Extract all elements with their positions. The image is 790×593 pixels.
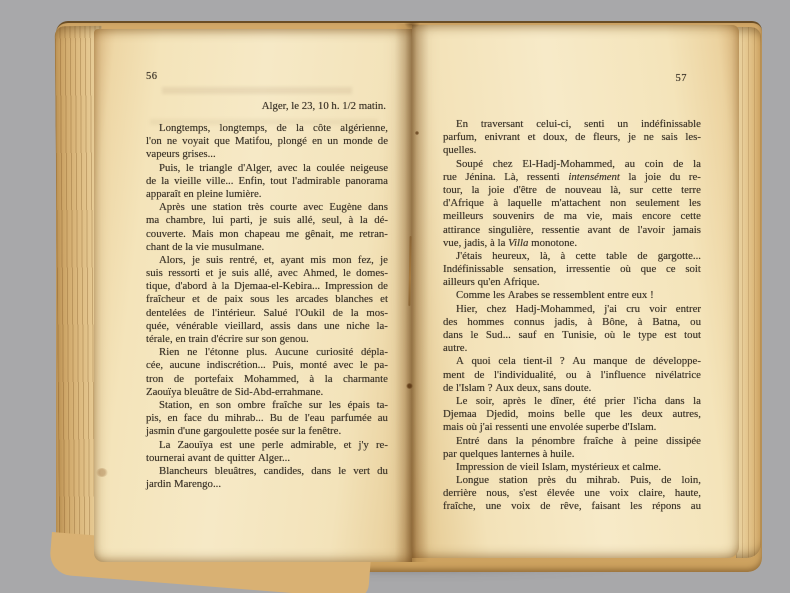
text-line: Alors,jesuisrentré,et,ayantmismonfez,je: [146, 254, 388, 267]
text-line: apparaîtenpleinelumière.: [146, 188, 388, 201]
right-text-column: 57 Entraversantcelui-ci,sentiunindéfinis…: [443, 72, 701, 514]
text-line: jasmind'unegargouletteposéesurlafenêtre.: [146, 425, 388, 438]
text-line: LaZaouïyaestuneperleadmirable,etj'yre-: [146, 439, 388, 452]
page-stack-right-edge: [736, 27, 761, 558]
text-line: chantdelaviemusulmane.: [146, 241, 388, 254]
text-line: Riennel'étonneplus.Aucunecuriositédépla-: [146, 346, 388, 359]
text-line: quelles.: [443, 144, 701, 157]
text-line: Puis,letriangled'Alger,aveclacouléeneige…: [146, 162, 388, 175]
text-line: maisoùj'airessentiuneenvoléesuperbed'Isl…: [443, 421, 701, 434]
text-line: ailleursqu'enAfrique.: [443, 276, 701, 289]
text-line: cée,aucuneindiscrétion...Puis,montéavecl…: [146, 359, 388, 372]
text-line: SoupéchezEl-Hadj-Mohammed,aucoindela: [443, 158, 701, 171]
text-line: vue,jadis,àlaVillamonotone.: [443, 237, 701, 250]
text-line: tique,d'abordàlaDjemaa-el-Kebira...Impre…: [146, 280, 388, 293]
photo-background: 56 Alger, le 23, 10 h. 1/2 matin. Longte…: [0, 0, 790, 593]
text-line: fraîche,unevoixderêve,faisantlesréponsau: [443, 500, 701, 513]
text-line: tourneraiavantdequitterAlger...: [146, 452, 388, 465]
text-line: l'onnevoyaitqueMatifou,plongéenunmondede: [146, 135, 388, 148]
text-line: meilleurssouvenirsdemavie,maisencorecett…: [443, 210, 701, 223]
text-line: J'étaisheureux,là,àcettetabledegargotte.…: [443, 250, 701, 263]
text-line: térale,entraind'écriresursongenou.: [146, 333, 388, 346]
text-line: tour,lajoied'êtredenouveaulà,surcetteter…: [443, 184, 701, 197]
left-text-column: 56 Alger, le 23, 10 h. 1/2 matin. Longte…: [146, 70, 388, 491]
foxing-spot: [96, 468, 108, 477]
text-line: del'Islam?Auxdeux,sansdoute.: [443, 382, 701, 395]
text-line: DjemaaDjedid,moinsbellequelesdeuxautres,: [443, 408, 701, 421]
text-line: delavieilleville...Enfin,toutl'admirable…: [146, 175, 388, 188]
text-line: Indéfinissablesensation,irressentieoùque…: [443, 263, 701, 276]
text-line: Station,ensonombrefraîchesurlesépaista-: [146, 399, 388, 412]
text-line: Lesoir,aprèsledîner,étéprierl'ichadansla: [443, 395, 701, 408]
text-line: mentdel'individualité,ouàl'influencenivé…: [443, 369, 701, 382]
foxing-spot: [415, 131, 419, 135]
text-line: jardinMarengo...: [146, 478, 388, 491]
text-line: rueJénina.Là,ressentiintensémentlajoiedu…: [443, 171, 701, 184]
text-line: quée,vénérablevieillard,assisdansunenich…: [146, 320, 388, 333]
text-line: pis,enfacedumihrab...Budel'eauparfuméeau: [146, 412, 388, 425]
text-line: Longtemps,longtemps,delacôtealgérienne,: [146, 122, 388, 135]
text-line: suisressortietjesuisallé,avecAhmed,ledom…: [146, 267, 388, 280]
text-line: Aquoicelatient-il?Aumanquededéveloppe-: [443, 355, 701, 368]
page-number: 57: [443, 72, 701, 85]
text-line: parfum,enivrantetdoux,defleurs,jenesaisl…: [443, 131, 701, 144]
gutter: [395, 24, 429, 562]
text-line: vapeursgrises...: [146, 148, 388, 161]
text-line: fraîcheuretdepaixsouslesarcadesblanchese…: [146, 293, 388, 306]
text-line: Blancheursbleuâtres,candides,danslevertd…: [146, 465, 388, 478]
gutter-top-shadow: [400, 22, 424, 38]
text-line: derrièrenous,s'estélevéeunevoixclaire,ha…: [443, 487, 701, 500]
text-line: parquelqueslanternesàhuile.: [443, 448, 701, 461]
text-line: machambre,luiparti,jesuisallé,seul,àladé…: [146, 214, 388, 227]
text-line: Entraversantcelui-ci,sentiunindéfinissab…: [443, 118, 701, 131]
text-line: deshommesconnusjadis,àBône,àBatna,ou: [443, 316, 701, 329]
text-line: trondeportefaixMohammed,àlacharmante: [146, 373, 388, 386]
text-line: ZaouïyableuâtredeSid-Abd-errahmane.: [146, 386, 388, 399]
text-line: Longuestationprèsdumihrab.Puis,deloin,: [443, 474, 701, 487]
text-line: Hier,chezHadj-Mohammed,j'aicruvoirentrer: [443, 303, 701, 316]
foxing-spot: [406, 383, 413, 389]
dateline: Alger, le 23, 10 h. 1/2 matin.: [146, 100, 388, 113]
right-page-body: Entraversantcelui-ci,sentiunindéfinissab…: [443, 118, 701, 514]
text-line: attirancesingulière,ressentieavantdel'av…: [443, 224, 701, 237]
text-line: dansleSud...saufenTunisie,oùletypeesttou…: [443, 329, 701, 342]
text-line: Entrédanslapénombrefraîcheàpeinedissipée: [443, 435, 701, 448]
text-line: autre.: [443, 342, 701, 355]
text-line: couverte.Maismonchapeaumegênait,meretran…: [146, 228, 388, 241]
text-line: d'Afriqueàlaquellem'attachentnonseulemen…: [443, 197, 701, 210]
text-line: AprèsunestationtrèscourteavecEugènedans: [146, 201, 388, 214]
text-line: denteléesdel'intérieur.Saluél'Oukildelam…: [146, 307, 388, 320]
page-number: 56: [146, 70, 388, 83]
left-page-body: Longtemps,longtemps,delacôtealgérienne,l…: [146, 122, 388, 491]
text-line: CommelesArabesseressemblententreeux!: [443, 289, 701, 302]
text-line: ImpressiondevieilIslam,mystérieuxetcalme…: [443, 461, 701, 474]
